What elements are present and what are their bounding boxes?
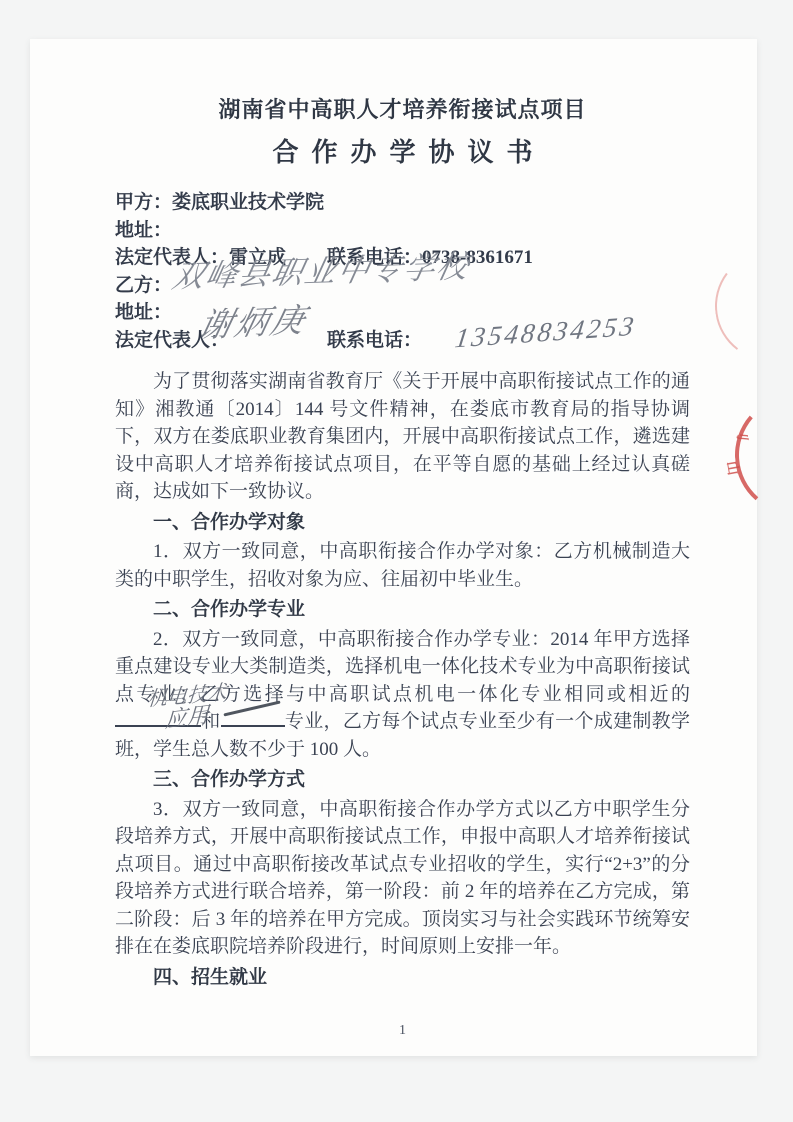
section3-paragraph: 3．双方一致同意，中高职衔接合作办学方式以乙方中职学生分段培养方式，开展中高职衔… bbox=[115, 796, 690, 961]
party-a-phone-label: 联系电话： bbox=[327, 247, 422, 268]
party-a-address-line: 地址： bbox=[115, 217, 690, 245]
section2-text-between-blanks: 和 bbox=[201, 711, 221, 732]
party-b-phone-label: 联系电话： bbox=[327, 330, 422, 351]
party-a-legal-label: 法定代表人： bbox=[115, 247, 229, 268]
party-b-phone-group: 联系电话： bbox=[327, 327, 422, 355]
party-a-label: 甲方： bbox=[115, 192, 172, 213]
agreement-body: 为了贯彻落实湖南省教育厅《关于开展中高职衔接试点工作的通知》湘教通〔2014〕1… bbox=[115, 368, 690, 991]
section1-heading: 一、合作办学对象 bbox=[115, 509, 690, 537]
party-a-legal-line: 法定代表人：雷立成 联系电话：0738-8361671 bbox=[115, 244, 690, 272]
document-subtitle: 合作办学协议书 bbox=[115, 135, 690, 171]
document-title: 湖南省中高职人才培养衔接试点项目 bbox=[115, 95, 690, 125]
section4-heading: 四、招生就业 bbox=[115, 964, 690, 992]
party-b-legal-label: 法定代表人： bbox=[115, 330, 229, 351]
party-a-legal-name: 雷立成 bbox=[229, 247, 286, 268]
fill-in-blank-1: 机电技术应用 bbox=[115, 711, 201, 727]
intro-paragraph: 为了贯彻落实湖南省教育厅《关于开展中高职衔接试点工作的通知》湘教通〔2014〕1… bbox=[115, 368, 690, 506]
section2-heading: 二、合作办学专业 bbox=[115, 596, 690, 624]
party-b-legal-line: 法定代表人： 谢炳庚 联系电话： 13548834253 bbox=[115, 327, 690, 355]
party-a-name-line: 甲方：娄底职业技术学院 bbox=[115, 189, 690, 217]
parties-block: 甲方：娄底职业技术学院 地址： 法定代表人：雷立成 联系电话：0738-8361… bbox=[115, 189, 690, 354]
section3-heading: 三、合作办学方式 bbox=[115, 766, 690, 794]
page-number: 1 bbox=[115, 1023, 690, 1039]
handwritten-major-line2: 应用 bbox=[127, 701, 210, 739]
party-a-phone-group: 联系电话：0738-8361671 bbox=[327, 244, 533, 272]
party-b-address-label: 地址： bbox=[115, 302, 172, 323]
party-b-address-line: 地址： bbox=[115, 299, 690, 327]
document-page: 湖南省中高职人才培养衔接试点项目 合作办学协议书 甲方：娄底职业技术学院 地址：… bbox=[30, 39, 757, 1056]
fill-in-blank-2 bbox=[221, 711, 285, 727]
section1-paragraph: 1．双方一致同意，中高职衔接合作办学对象：乙方机械制造大类的中职学生，招收对象为… bbox=[115, 538, 690, 593]
party-b-name-line: 乙方： 双峰县职业中专学校 bbox=[115, 272, 690, 300]
party-b-label: 乙方： bbox=[115, 275, 172, 296]
page-content: 湖南省中高职人才培养衔接试点项目 合作办学协议书 甲方：娄底职业技术学院 地址：… bbox=[30, 39, 757, 1039]
party-a-name: 娄底职业技术学院 bbox=[172, 192, 324, 213]
section2-paragraph: 2．双方一致同意，中高职衔接合作办学专业：2014 年甲方选择重点建设专业大类制… bbox=[115, 626, 690, 764]
section2-text-before-blank: 2．双方一致同意，中高职衔接合作办学专业：2014 年甲方选择重点建设专业大类制… bbox=[115, 629, 690, 705]
party-a-address-label: 地址： bbox=[115, 220, 172, 241]
scanned-document-background: 湖南省中高职人才培养衔接试点项目 合作办学协议书 甲方：娄底职业技术学院 地址：… bbox=[0, 0, 793, 1122]
party-a-phone-number: 0738-8361671 bbox=[422, 247, 533, 268]
